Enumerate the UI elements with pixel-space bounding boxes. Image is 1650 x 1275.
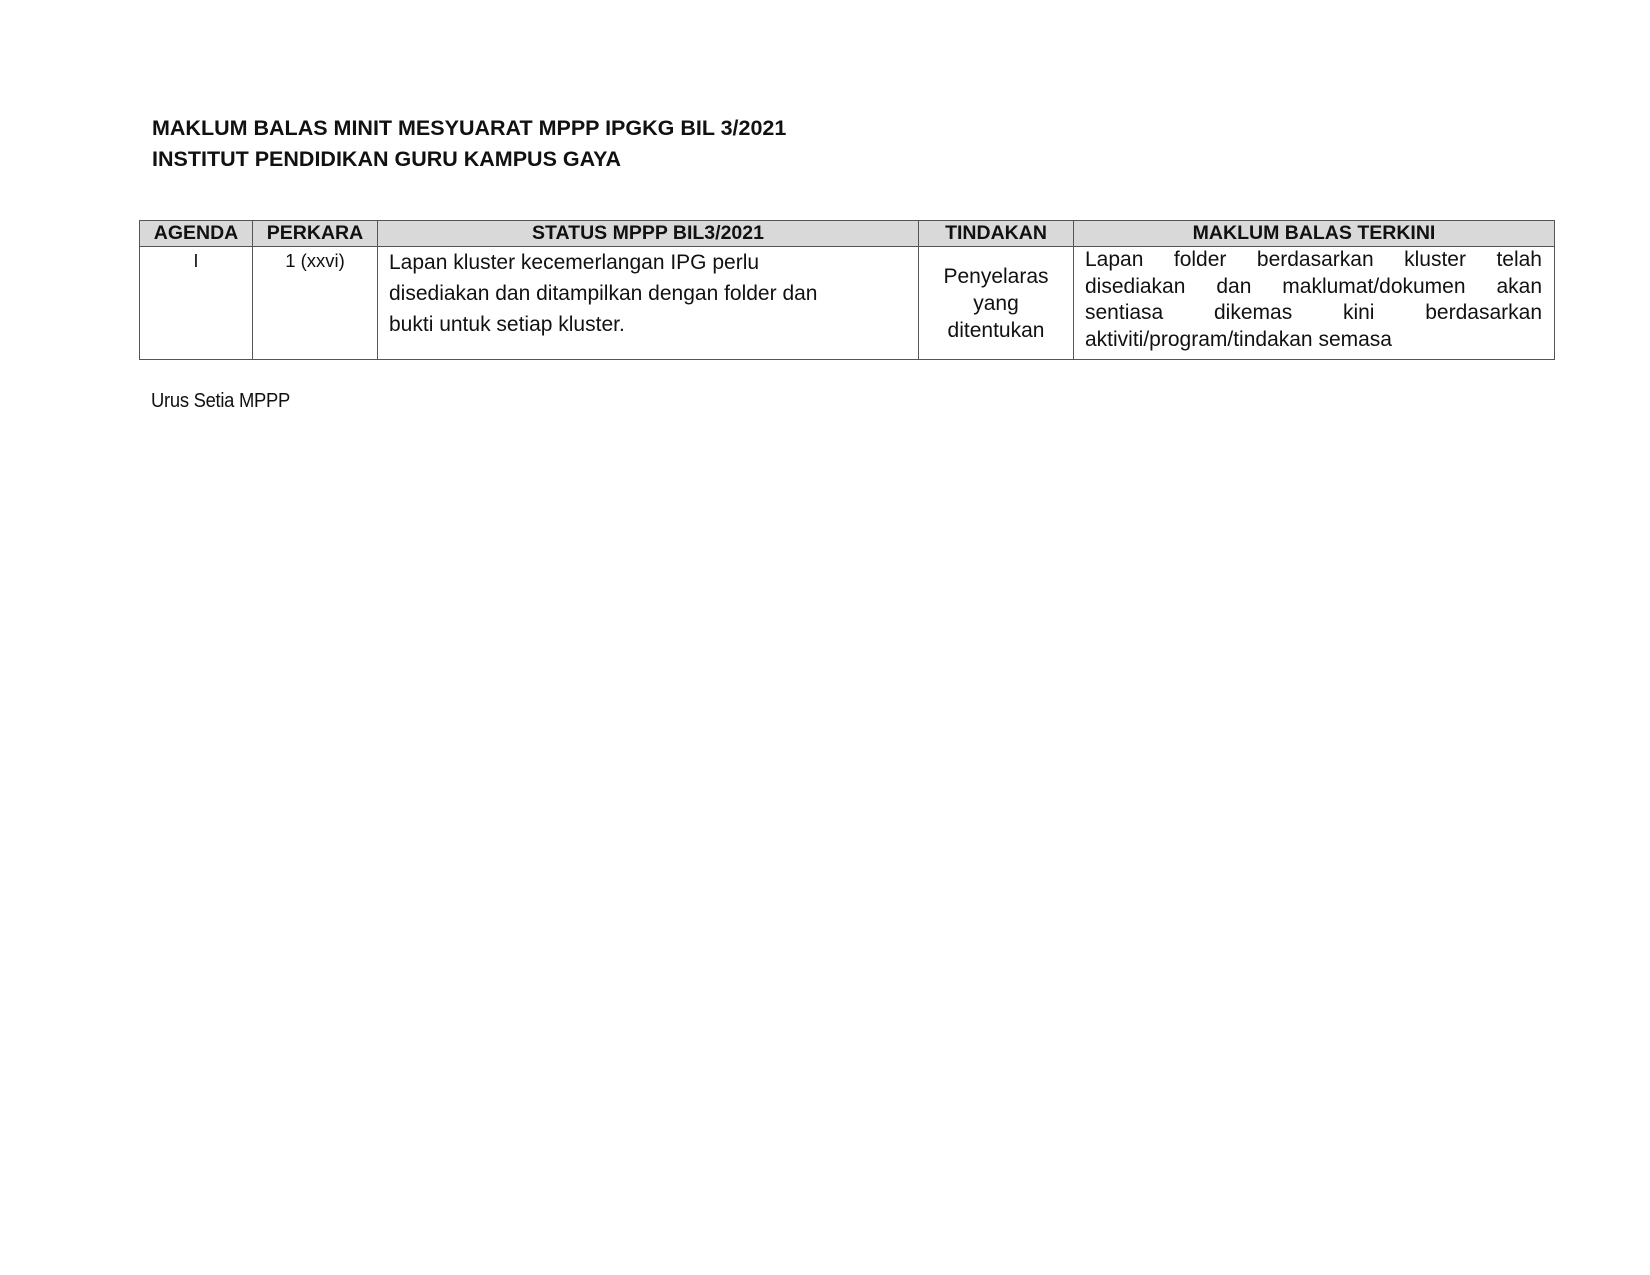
header-tindakan: TINDAKAN xyxy=(919,221,1074,247)
tindakan-line: yang xyxy=(919,290,1073,317)
status-line: bukti untuk setiap kluster. xyxy=(389,309,906,340)
minutes-table: AGENDA PERKARA STATUS MPPP BIL3/2021 TIN… xyxy=(139,220,1555,360)
cell-perkara: 1 (xxvi) xyxy=(253,247,378,360)
status-line: Lapan kluster kecemerlangan IPG perlu xyxy=(389,247,906,278)
cell-agenda: I xyxy=(140,247,253,360)
cell-status: Lapan kluster kecemerlangan IPG perlu di… xyxy=(378,247,919,360)
document-title: MAKLUM BALAS MINIT MESYUARAT MPPP IPGKG … xyxy=(152,113,786,175)
footer-secretariat: Urus Setia MPPP xyxy=(151,390,290,413)
header-agenda: AGENDA xyxy=(140,221,253,247)
tindakan-line: ditentukan xyxy=(919,317,1073,344)
title-line-2: INSTITUT PENDIDIKAN GURU KAMPUS GAYA xyxy=(152,144,786,175)
header-perkara: PERKARA xyxy=(253,221,378,247)
status-line: disediakan dan ditampilkan dengan folder… xyxy=(389,278,906,309)
table-row: I 1 (xxvi) Lapan kluster kecemerlangan I… xyxy=(140,247,1555,360)
cell-maklum-balas: Lapan folder berdasarkan kluster telah d… xyxy=(1074,247,1555,360)
cell-tindakan: Penyelaras yang ditentukan xyxy=(919,247,1074,360)
title-line-1: MAKLUM BALAS MINIT MESYUARAT MPPP IPGKG … xyxy=(152,113,786,144)
header-status: STATUS MPPP BIL3/2021 xyxy=(378,221,919,247)
header-maklum-balas: MAKLUM BALAS TERKINI xyxy=(1074,221,1555,247)
table-header-row: AGENDA PERKARA STATUS MPPP BIL3/2021 TIN… xyxy=(140,221,1555,247)
tindakan-line: Penyelaras xyxy=(919,263,1073,290)
